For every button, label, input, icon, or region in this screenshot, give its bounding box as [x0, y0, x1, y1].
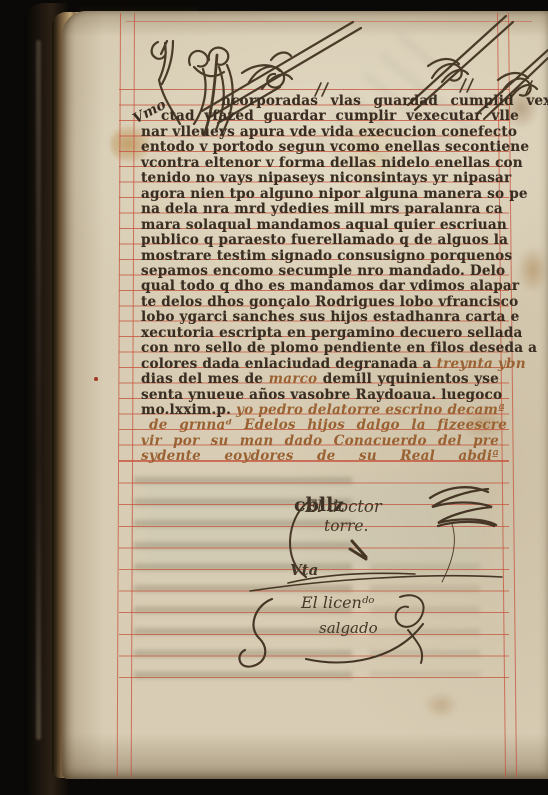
- manuscript-line: na dela nra mrd ydedies mill mrs paralan…: [141, 202, 499, 217]
- ink-speck: [94, 377, 98, 381]
- manuscript-line: publico q paraesto fuerellamado q de alg…: [141, 233, 499, 248]
- signature-doctor-title: El doctor: [305, 497, 382, 516]
- manuscript-line-segment: colores dada enlaciudad degranada a: [141, 356, 437, 372]
- manuscript-line-segment: ctad vfazed guardar cumplir vexecutar vl…: [161, 108, 519, 124]
- cover-highlight: [36, 40, 41, 740]
- manuscript-line-segment: dias del mes de: [141, 371, 269, 387]
- manuscript-line: nar vlleueys apura vde vida execucion co…: [141, 125, 499, 140]
- manuscript-line: con nro sello de plomo pendiente en filo…: [141, 341, 499, 356]
- manuscript-line-segment: senta ynueue años vasobre Raydoaua. lueg…: [141, 387, 502, 403]
- manuscript-line: lobo ygarci sanches sus hijos estadhanra…: [141, 310, 499, 325]
- manuscript-line-segment: publico q paraesto fuerellamado q de alg…: [141, 232, 508, 248]
- manuscript-text-block: ncorporadas vlas guardad cumplid vexecuc…: [141, 94, 499, 466]
- manuscript-line-segment: tenido no vays nipaseys niconsintays yr …: [141, 170, 511, 186]
- manuscript-photo: Vmo ncorporadas vlas guardad cumplid vex…: [0, 0, 548, 795]
- manuscript-line-segment: mara solaqual mandamos aqual quier escri…: [141, 217, 507, 233]
- manuscript-line: dias del mes de marco demill yquinientos…: [141, 372, 499, 387]
- flourish-bundle-2-knot: [428, 59, 468, 82]
- manuscript-line-segment: na dela nra mrd ydedies mill mrs paralan…: [141, 201, 503, 217]
- manuscript-line-segment: qual todo q dho es mandamos dar vdimos a…: [141, 278, 519, 294]
- manuscript-line-segment: entodo v portodo segun vcomo enellas sec…: [141, 139, 529, 155]
- manuscript-line: ncorporadas vlas guardad cumplid vexecu: [141, 94, 548, 109]
- rubric-scribble: [430, 487, 496, 526]
- manuscript-line: de grnnaᵈ Edelos hijos dalgo la fizeescr…: [141, 418, 507, 433]
- manuscript-line: qual todo q dho es mandamos dar vdimos a…: [141, 279, 499, 294]
- manuscript-line-segment: demill yquinientos yse: [323, 371, 499, 387]
- manuscript-line-segment: marco: [269, 371, 323, 387]
- manuscript-line: xecutoria escripta en pergamino decuero …: [141, 326, 499, 341]
- licenciado-swirl: [239, 599, 272, 667]
- manuscript-line: tenido no vays nipaseys niconsintays yr …: [141, 171, 499, 186]
- manuscript-line: vcontra eltenor v forma dellas nidelo en…: [141, 156, 499, 171]
- manuscript-line: mo.lxxim.p. yo pedro delatorre escrino d…: [141, 403, 499, 418]
- manuscript-line-segment: ncorporadas vlas guardad cumplid vexecu: [221, 93, 548, 109]
- manuscript-line-segment: mo.lxxim.p.: [141, 402, 236, 418]
- manuscript-line-segment: de grnnaᵈ Edelos hijos dalgo la fizeescr…: [149, 417, 507, 433]
- vista-mark: Vta: [290, 561, 318, 579]
- flourish-letter-a: [152, 41, 173, 84]
- manuscript-line-segment: te delos dhos gonçalo Rodrigues lobo vfr…: [141, 294, 518, 310]
- signature-licenciado-title: El licenᵈᵒ: [301, 593, 374, 612]
- manuscript-line: vir por su man dado Conacuerdo del pre: [141, 434, 499, 449]
- manuscript-line-segment: yo pedro delatorre escrino decamª: [236, 402, 505, 418]
- manuscript-line: agora nien tpo alguno nipor alguna maner…: [141, 187, 499, 202]
- manuscript-line: sepamos encomo secumple nro mandado. Del…: [141, 264, 499, 279]
- manuscript-line-segment: vir por su man dado Conacuerdo del pre: [141, 433, 499, 449]
- manuscript-line: mostrare testim signado consusigno porqu…: [141, 249, 499, 264]
- manuscript-line-segment: lobo ygarci sanches sus hijos estadhanra…: [141, 309, 519, 325]
- signature-licenciado-surname: salgado: [319, 619, 378, 637]
- manuscript-line-segment: xecutoria escripta en pergamino decuero …: [141, 325, 523, 341]
- manuscript-line: mara solaqual mandamos aqual quier escri…: [141, 218, 499, 233]
- manuscript-line-segment: mostrare testim signado consusigno porqu…: [141, 248, 512, 264]
- manuscript-line-segment: agora nien tpo alguno nipor alguna maner…: [141, 186, 528, 202]
- manuscript-line: colores dada enlaciudad degranada a trey…: [141, 357, 499, 372]
- manuscript-line: entodo v portodo segun vcomo enellas sec…: [141, 140, 499, 155]
- flourish-bundle-1-knot: [242, 53, 292, 89]
- flourish-letter-b: [189, 48, 228, 77]
- hairline-curve: [442, 524, 454, 582]
- torre-flourish: [350, 541, 366, 559]
- vista-stroke: [250, 573, 502, 591]
- manuscript-line-segment: sydente eoydores de su Real abdiª: [141, 448, 499, 464]
- manuscript-line-segment: vcontra eltenor v forma dellas nidelo en…: [141, 155, 523, 171]
- manuscript-line-segment: con nro sello de plomo pendiente en filo…: [141, 340, 537, 356]
- manuscript-line-segment: nar vlleueys apura vde vida execucion co…: [141, 124, 517, 140]
- manuscript-line: senta ynueue años vasobre Raydoaua. lueg…: [141, 388, 499, 403]
- manuscript-line: ctad vfazed guardar cumplir vexecutar vl…: [141, 109, 519, 124]
- slash-mark-2: [460, 79, 473, 92]
- manuscript-line: te delos dhos gonçalo Rodrigues lobo vfr…: [141, 295, 499, 310]
- signature-doctor-surname: torre.: [324, 517, 368, 535]
- manuscript-line: sydente eoydores de su Real abdiª: [141, 449, 499, 464]
- manuscript-line-segment: sepamos encomo secumple nro mandado. Del…: [141, 263, 505, 279]
- manuscript-line-segment: treynta ybn: [437, 356, 526, 372]
